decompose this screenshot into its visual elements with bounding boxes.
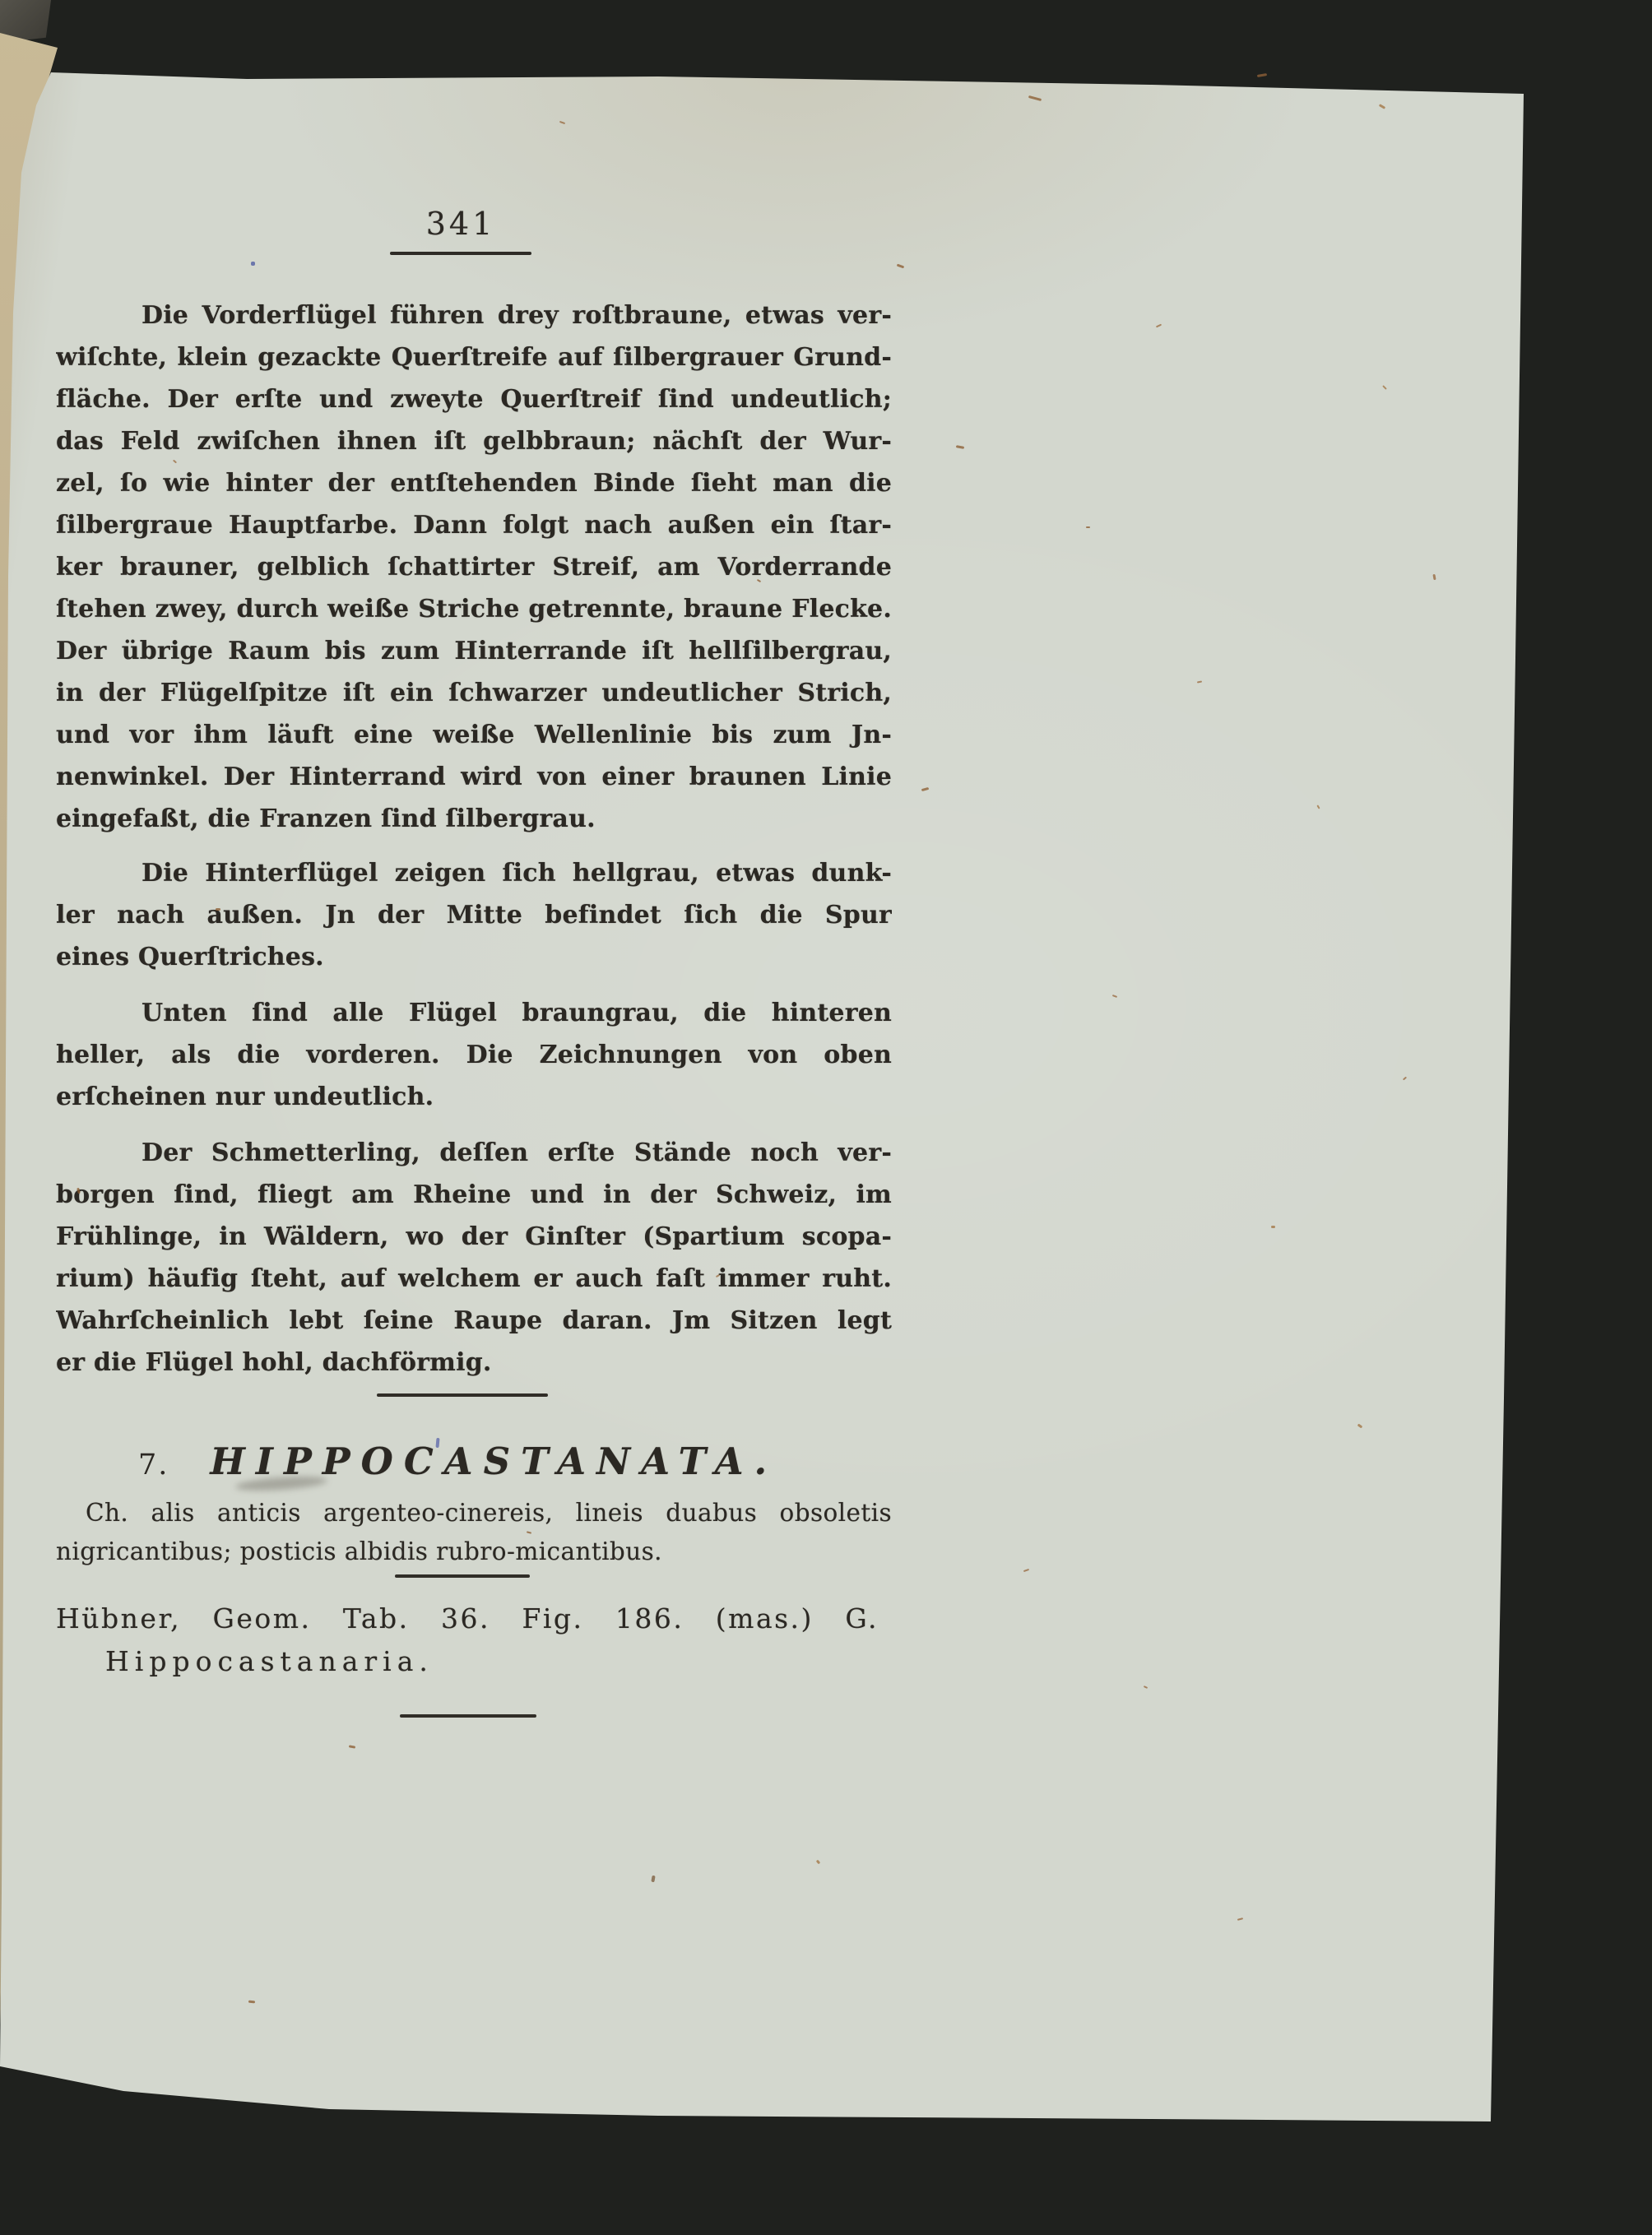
text-line: ſtehen zwey, durch weiße Striche getrenn… bbox=[56, 588, 892, 630]
text-line: ler nach außen. Jn der Mitte befindet ſi… bbox=[56, 894, 892, 936]
text-line: nigricantibus; posticis albidis rubro-mi… bbox=[56, 1533, 892, 1571]
paper-speck bbox=[1237, 1917, 1243, 1921]
text-line: fläche. Der erſte und zweyte Querſtreif … bbox=[56, 378, 892, 420]
paper-speck bbox=[1257, 73, 1267, 77]
body-paragraph-3: Unten ſind alle Flügel braungrau, die hi… bbox=[56, 992, 892, 1118]
body-paragraph-1: Die Vorderflügel führen drey roſtbraune,… bbox=[56, 294, 892, 840]
paper-speck bbox=[897, 264, 904, 269]
text-line: das Feld zwiſchen ihnen iſt gelbbraun; n… bbox=[56, 420, 892, 462]
paper-speck bbox=[251, 262, 255, 266]
text-line: borgen ſind, fliegt am Rheine und in der… bbox=[56, 1174, 892, 1216]
text-line: Der Schmetterling, deſſen erſte Stände n… bbox=[56, 1132, 892, 1174]
paper-speck bbox=[248, 2001, 255, 2004]
reference-citation: Hübner, Geom. Tab. 36. Fig. 186. (mas.) … bbox=[56, 1597, 892, 1683]
page-content: 341 Die Vorderflügel führen drey roſtbra… bbox=[0, 0, 1652, 2235]
text-line: eingefaßt, die Franzen ſind ſilbergrau. bbox=[56, 798, 892, 840]
body-paragraph-4: Der Schmetterling, deſſen erſte Stände n… bbox=[56, 1132, 892, 1384]
text-line: heller, als die vorderen. Die Zeichnunge… bbox=[56, 1034, 892, 1076]
text-line: Wahrſcheinlich lebt ſeine Raupe daran. J… bbox=[56, 1300, 892, 1342]
paper-speck bbox=[1028, 95, 1042, 101]
text-line: er die Flügel hohl, dachförmig. bbox=[56, 1342, 892, 1384]
text-line: rium) häufig ſteht, auf welchem er auch … bbox=[56, 1258, 892, 1300]
text-line: eines Querſtriches. bbox=[56, 936, 892, 978]
text-line: nenwinkel. Der Hinterrand wird von einer… bbox=[56, 756, 892, 798]
paper-speck bbox=[1271, 1226, 1275, 1228]
text-line: Unten ſind alle Flügel braungrau, die hi… bbox=[56, 992, 892, 1034]
paper-speck bbox=[1144, 1686, 1148, 1689]
species-number: 7. bbox=[138, 1449, 169, 1481]
paper-speck bbox=[1382, 385, 1387, 390]
text-line: Die Vorderflügel führen drey roſtbraune,… bbox=[56, 294, 892, 336]
paper-speck bbox=[1403, 1077, 1407, 1081]
text-line: wiſchte, klein gezackte Querſtreife auf … bbox=[56, 336, 892, 378]
paper-speck bbox=[651, 1876, 655, 1883]
text-line: Frühlinge, in Wäldern, wo der Ginſter (S… bbox=[56, 1216, 892, 1258]
paper-speck bbox=[816, 1860, 821, 1865]
paper-speck bbox=[956, 445, 964, 449]
page-number-rule bbox=[390, 252, 531, 255]
text-line: erſcheinen nur undeutlich. bbox=[56, 1076, 892, 1118]
text-line: ker brauner, gelblich ſchattirter Streif… bbox=[56, 546, 892, 588]
paper-speck bbox=[1316, 805, 1320, 809]
paper-speck bbox=[921, 787, 929, 791]
paper-speck bbox=[1379, 104, 1385, 109]
page-number: 341 bbox=[387, 206, 535, 242]
text-line: ſilbergraue Hauptfarbe. Dann folgt nach … bbox=[56, 504, 892, 546]
section-divider bbox=[377, 1393, 548, 1397]
paper-speck bbox=[559, 121, 565, 124]
text-line: Ch. alis anticis argenteo-cinereis, line… bbox=[56, 1494, 892, 1533]
paper-speck bbox=[1156, 324, 1162, 328]
text-line: in der Flügelſpitze iſt ein ſchwarzer un… bbox=[56, 672, 892, 714]
section-divider bbox=[400, 1714, 536, 1718]
paper-speck bbox=[216, 908, 220, 911]
paper-speck bbox=[1357, 1424, 1363, 1429]
paper-speck bbox=[349, 1745, 355, 1748]
text-line: zel, ſo wie hinter der entſtehenden Bind… bbox=[56, 462, 892, 504]
reference-species-name: Hippocastanaria. bbox=[105, 1640, 892, 1683]
text-line: Die Hinterflügel zeigen ſich hellgrau, e… bbox=[56, 852, 892, 894]
paper-speck bbox=[1432, 574, 1436, 580]
body-paragraph-2: Die Hinterflügel zeigen ſich hellgrau, e… bbox=[56, 852, 892, 978]
paper-speck bbox=[1086, 526, 1090, 528]
text-line: und vor ihm läuft eine weiße Wellenlinie… bbox=[56, 714, 892, 756]
paper-speck bbox=[1023, 1569, 1029, 1572]
paper-speck bbox=[1197, 680, 1202, 683]
paper-speck bbox=[1112, 995, 1117, 998]
species-heading: 7. HIPPOCASTANATA. bbox=[138, 1440, 777, 1483]
text-line: Der übrige Raum bis zum Hinterrande iſt … bbox=[56, 630, 892, 672]
species-diagnosis: Ch. alis anticis argenteo-cinereis, line… bbox=[56, 1494, 892, 1571]
section-divider bbox=[395, 1574, 530, 1578]
reference-line: Hübner, Geom. Tab. 36. Fig. 186. (mas.) … bbox=[56, 1597, 879, 1640]
